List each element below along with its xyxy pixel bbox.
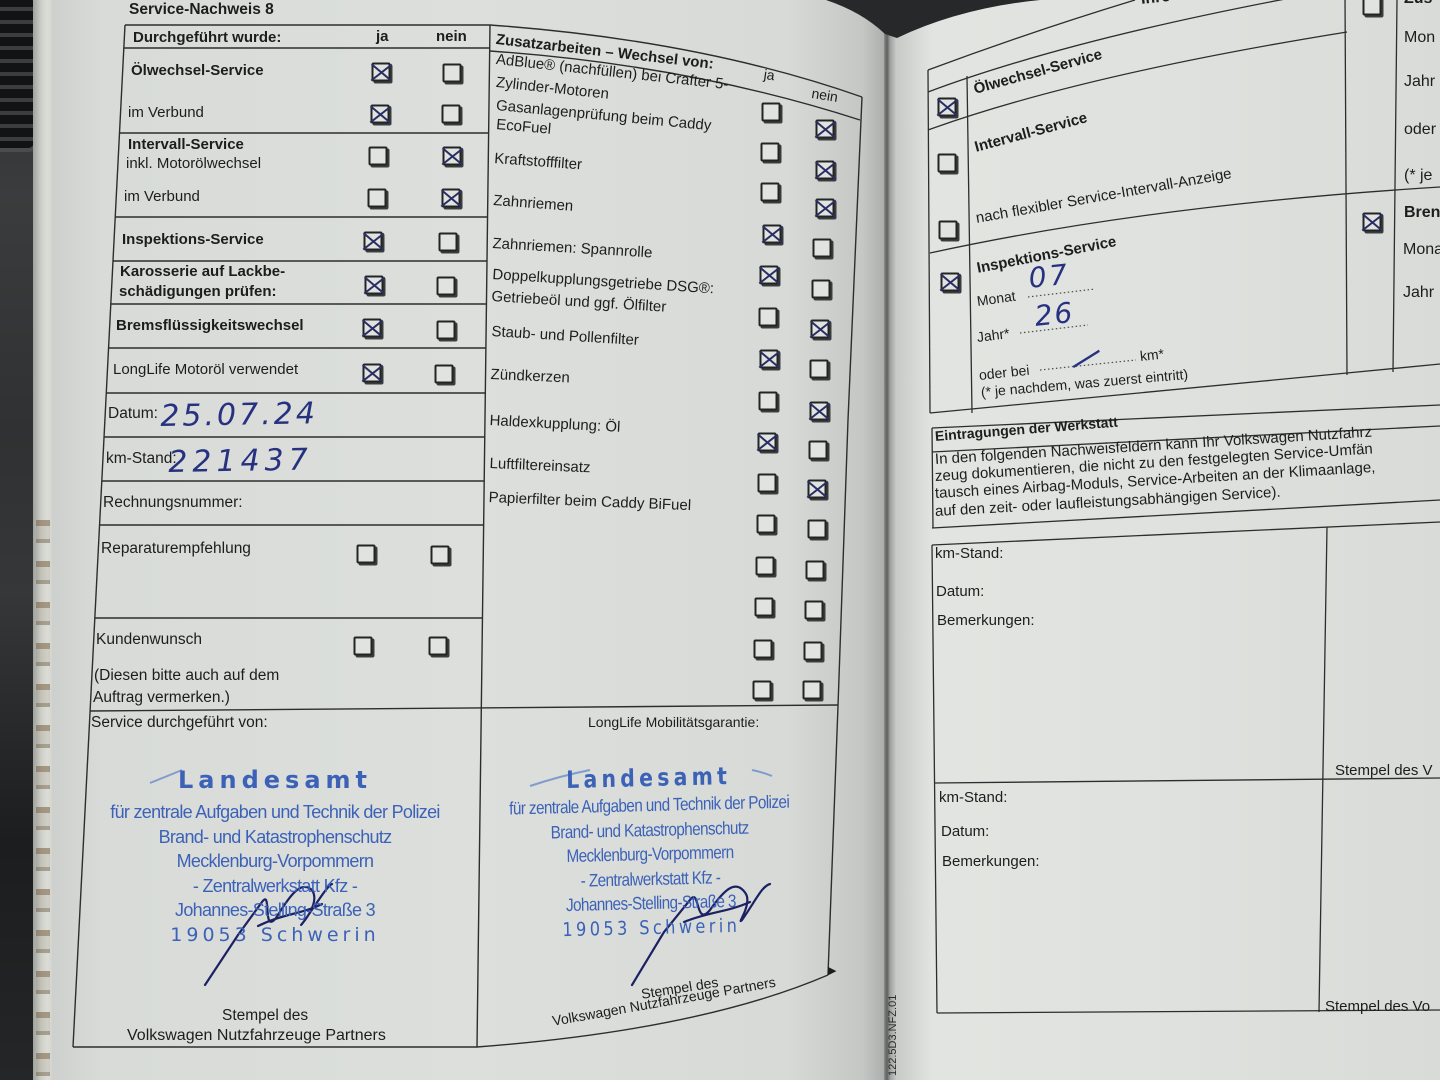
checkbox-oil-change-combined-nein	[442, 105, 461, 124]
entry1-date-label: Datum:	[936, 583, 984, 600]
checkbox-side-heading2	[1363, 213, 1382, 232]
checkbox-oil-change-combined-ja	[371, 105, 390, 124]
side-text-fragment: Jahr	[1403, 284, 1434, 301]
checkbox-blank-row-4-nein	[803, 681, 822, 700]
print-code: 122.5D3.NFZ.01	[887, 995, 899, 1076]
checkbox-cabin-filter-ja	[760, 350, 779, 369]
stamp-line: für zentrale Aufgaben und Technik der Po…	[70, 800, 480, 825]
checkbox-cabin-filter-nein	[810, 360, 829, 379]
checkbox-blank-row-2-ja	[755, 598, 774, 617]
row-label-interval-service: Intervall-Service	[128, 136, 244, 153]
checkbox-blank-row-2-nein	[805, 601, 824, 620]
additional-work-ja-header: ja	[763, 66, 776, 84]
checkbox-timing-belt-nein	[813, 239, 832, 258]
row-label-brake-fluid: Bremsflüssigkeitswechsel	[116, 317, 304, 334]
customer-request-label: Kundenwunsch	[96, 631, 202, 648]
entry2-km-label: km-Stand:	[939, 789, 1007, 806]
checkbox-tensioner-nein	[812, 280, 831, 299]
row-label-interval-combined: im Verbund	[124, 188, 200, 205]
checkbox-spark-plugs-ja	[759, 392, 778, 411]
checkbox-gas-check-nein	[816, 161, 835, 180]
checkbox-oil-change-nein	[443, 64, 462, 83]
entry1-km-label: km-Stand:	[935, 545, 1003, 562]
checkbox-air-filter-ja	[758, 474, 777, 493]
stamp-caption-line1: Stempel des	[222, 1007, 308, 1024]
checkbox-longlife-oil-ja	[363, 364, 382, 383]
row-label-body-paint-check: Karosserie auf Lackbe-	[120, 263, 285, 280]
row-label-inspection: Inspektions-Service	[122, 231, 264, 248]
additional-work-label-spark-plugs: Zündkerzen	[490, 366, 570, 386]
checkbox-inspection-nein	[439, 233, 458, 252]
mileage-handwritten-value: 221437	[168, 443, 313, 480]
side-heading2-fragment: Bren	[1404, 204, 1440, 221]
row-label-longlife-oil: LongLife Motoröl verwendet	[113, 361, 298, 378]
row-label-oil-change: Ölwechsel-Service	[131, 62, 264, 79]
checkbox-rp-interval-service	[938, 154, 957, 173]
side-text-fragment: (* je	[1404, 167, 1432, 184]
side-text-fragment: Mon	[1404, 29, 1435, 46]
checkbox-rp-inspection	[941, 273, 960, 292]
checkbox-timing-belt-ja	[763, 225, 782, 244]
checkbox-paper-filter-nein	[808, 520, 827, 539]
stamp-line: Brand- und Katastrophenschutz	[70, 825, 480, 850]
mileage-label: km-Stand:	[106, 450, 177, 467]
row-label-oil-change-combined: im Verbund	[128, 104, 204, 121]
checkbox-blank-row-4-ja	[753, 681, 772, 700]
checkbox-blank-row-3-nein	[804, 642, 823, 661]
checkbox-interval-combined-nein	[442, 189, 461, 208]
checkbox-customer-request-ja	[354, 637, 373, 656]
invoice-number-label: Rechnungsnummer:	[103, 494, 243, 511]
entry2-remarks-label: Bemerkungen:	[942, 853, 1040, 870]
stamp-line: Johannes-Stelling-Straße 3	[70, 898, 480, 923]
stamp-line: - Zentralwerkstatt Kfz -	[70, 874, 480, 899]
checkbox-inspection-ja	[364, 232, 383, 251]
dealer-stamp-left: Landesamt für zentrale Aufgaben und Tech…	[70, 765, 480, 947]
checkbox-body-paint-check-nein	[437, 277, 456, 296]
checkbox-brake-fluid-nein	[437, 321, 456, 340]
checkbox-rp-oil-change	[938, 98, 957, 117]
checkbox-customer-request-nein	[429, 637, 448, 656]
checkbox-repair-recommendation-ja	[357, 545, 376, 564]
checkbox-blank-row-3-ja	[754, 640, 773, 659]
mobility-guarantee-label: LongLife Mobilitätsgarantie:	[588, 714, 759, 731]
rp-km-unit: km*	[1139, 346, 1165, 365]
page-turn-marker-icon: ▶	[828, 963, 836, 980]
side-text-fragment: Mona	[1403, 241, 1440, 258]
checkbox-interval-combined-ja	[368, 189, 387, 208]
service-performed-by-label: Service durchgeführt von:	[91, 714, 268, 731]
checkbox-blank-row-1-ja	[756, 557, 775, 576]
page-title: Service-Nachweis 8	[129, 1, 274, 18]
checkbox-fuel-filter-ja	[761, 183, 780, 202]
checkbox-paper-filter-ja	[757, 515, 776, 534]
row-sublabel-interval-service: inkl. Motorölwechsel	[126, 155, 261, 172]
date-handwritten-value: 25.07.24	[160, 397, 318, 434]
checkbox-longlife-oil-nein	[435, 365, 454, 384]
rp-year-handwritten-value: 26	[1033, 296, 1076, 334]
rp-month-handwritten-value: 07	[1027, 258, 1072, 296]
checkbox-adblue-nein	[816, 120, 835, 139]
stamp-line: 19053 Schwerin	[70, 923, 480, 948]
performed-header: Durchgeführt wurde:	[133, 29, 281, 46]
stamp-caption-line2: Volkswagen Nutzfahrzeuge Partners	[127, 1027, 386, 1044]
customer-request-note-line1: (Diesen bitte auch auf dem	[94, 667, 279, 684]
side-text-fragment: oder	[1404, 121, 1436, 138]
checkbox-fuel-filter-nein	[816, 199, 835, 218]
dealer-stamp-right: Landesamt für zentrale Aufgaben und Tech…	[478, 759, 821, 944]
checkbox-blank-row-1-nein	[806, 561, 825, 580]
checkbox-tensioner-ja	[760, 266, 779, 285]
checkbox-haldex-nein	[809, 441, 828, 460]
customer-request-note-line2: Auftrag vermerken.)	[93, 689, 230, 706]
stamp-line: Landesamt	[70, 765, 480, 795]
column-ja-header: ja	[376, 28, 389, 45]
date-label: Datum:	[108, 405, 158, 422]
checkbox-side-heading1	[1363, 0, 1382, 16]
checkbox-air-filter-nein	[808, 480, 827, 499]
checkbox-brake-fluid-ja	[363, 319, 382, 338]
repair-recommendation-label: Reparaturempfehlung	[101, 540, 251, 557]
checkbox-rp-flexible-interval	[939, 221, 958, 240]
entry2-date-label: Datum:	[941, 823, 989, 840]
checkbox-haldex-ja	[758, 433, 777, 452]
row-sublabel-body-paint-check: schädigungen prüfen:	[119, 283, 277, 300]
entry1-stamp-caption: Stempel des V	[1335, 762, 1433, 779]
checkbox-adblue-ja	[762, 103, 781, 122]
top-gutter-shadow	[826, 0, 1040, 38]
checkbox-oil-change-ja	[372, 63, 391, 82]
side-heading1-fragment: Zus	[1404, 0, 1432, 7]
checkbox-dsg-nein	[811, 320, 830, 339]
entry2-stamp-caption: Stempel des Vo	[1325, 998, 1430, 1015]
side-text-fragment: Jahr	[1404, 73, 1435, 90]
checkbox-body-paint-check-ja	[365, 276, 384, 295]
entry1-remarks-label: Bemerkungen:	[937, 612, 1035, 629]
checkbox-interval-service-ja	[369, 147, 388, 166]
checkbox-repair-recommendation-nein	[431, 546, 450, 565]
photo-scene: Service-Nachweis 8 Durchgeführt wurde: j…	[0, 0, 1440, 1080]
checkbox-dsg-ja	[759, 308, 778, 327]
stamp-line: Mecklenburg-Vorpommern	[70, 849, 480, 874]
checkbox-spark-plugs-nein	[810, 402, 829, 421]
checkbox-interval-service-nein	[443, 147, 462, 166]
checkbox-gas-check-ja	[761, 143, 780, 162]
column-nein-header: nein	[436, 28, 467, 45]
